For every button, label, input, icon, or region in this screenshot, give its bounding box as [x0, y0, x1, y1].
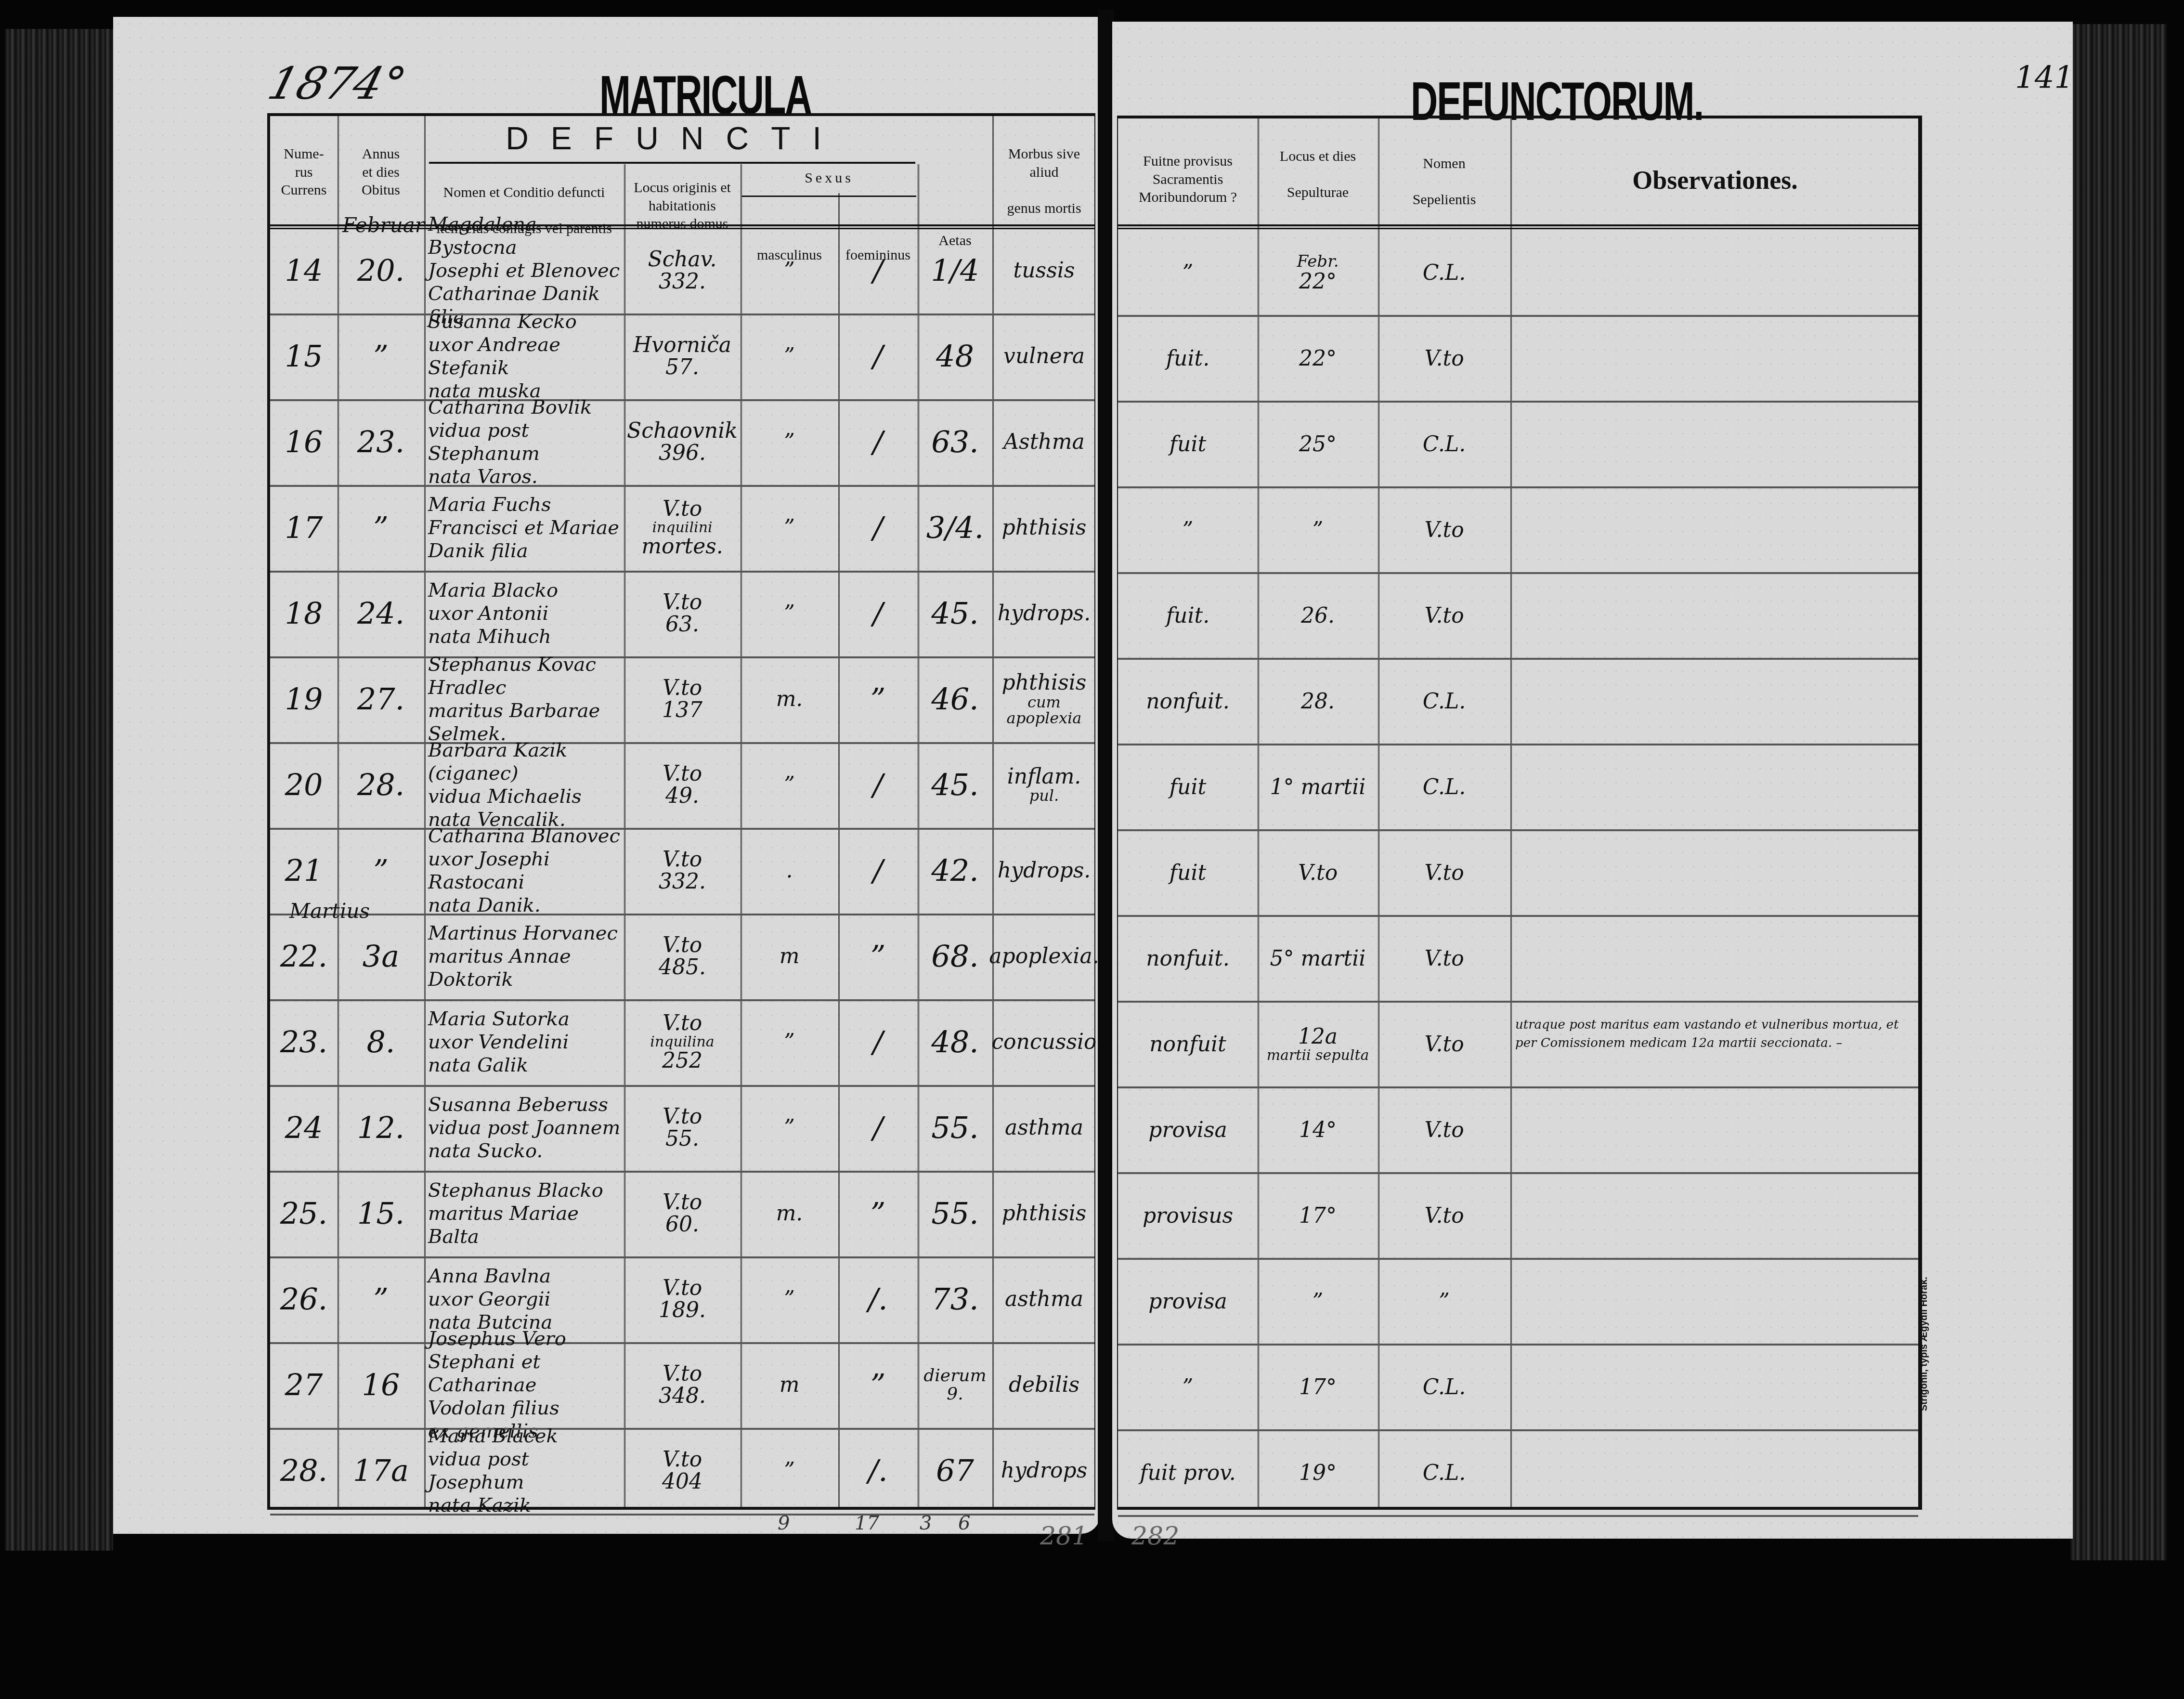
entry-number: 24	[270, 1085, 338, 1171]
table-row: provisus17°V.to	[1118, 1173, 1918, 1259]
locus-line: V.to	[663, 591, 702, 614]
month-marker: Februar	[342, 213, 425, 237]
age: 3/4.	[918, 485, 992, 571]
burial-date: Febr.22°	[1258, 230, 1378, 316]
table-row: 1420.Magdalena BystocnaJosephi et Blenov…	[270, 228, 1094, 314]
table-row: 15”Susanna Keckouxor Andreae Stefaniknat…	[270, 314, 1094, 399]
burial-date: 5° martii	[1258, 916, 1378, 1002]
deceased-name: Susanna Keckouxor Andreae Stefaniknata m…	[424, 314, 624, 399]
death-day: 3a	[338, 914, 424, 999]
cause-of-death: phthisiscum apoplexia	[992, 656, 1096, 742]
origin-house: V.to60.	[624, 1171, 741, 1256]
sex-female: /	[838, 999, 918, 1085]
death-day: ”	[338, 1256, 424, 1342]
sacraments-provided: ”	[1118, 487, 1258, 573]
name-line: vidua post Joannem	[428, 1116, 624, 1139]
age: 46.	[918, 656, 992, 742]
cause-of-death: tussis	[992, 228, 1096, 314]
header-sepeliens: Nomen Sepelientis	[1378, 155, 1510, 209]
cause-of-death: Asthma	[992, 399, 1096, 485]
sex-female: /.	[838, 1428, 918, 1514]
burial-date: 12amartii sepulta	[1258, 1002, 1378, 1087]
burial-date: 28.	[1258, 659, 1378, 745]
table-row: provisa””	[1118, 1259, 1918, 1345]
cause-of-death: debilis	[992, 1342, 1096, 1428]
name-line: nata Sucko.	[428, 1139, 624, 1163]
sex-female: /	[838, 228, 918, 314]
death-day: 20.	[338, 228, 424, 314]
locus-line: 137	[662, 699, 702, 721]
locus-line: V.to	[663, 763, 702, 785]
burier-name: V.to	[1378, 1173, 1510, 1259]
burial-date: 14°	[1258, 1087, 1378, 1173]
entry-number: 16	[270, 399, 338, 485]
name-line: Magdalena Bystocna	[428, 213, 624, 259]
name-line: vidua Michaelis	[428, 785, 624, 808]
tally-masculinus: 9	[778, 1512, 790, 1534]
origin-house: V.to189.	[624, 1256, 741, 1342]
locus-line: 63.	[665, 614, 699, 636]
printer-imprint: Strigonii, typis Ægydii Horak.	[1919, 1277, 1930, 1411]
sacraments-provided: ”	[1118, 230, 1258, 316]
entry-number: 23.	[270, 999, 338, 1085]
table-row: 1824.Maria Blackouxor Antoniinata Mihuch…	[270, 571, 1094, 656]
name-line: Stephanus Blacko	[428, 1179, 624, 1202]
age: 45.	[918, 742, 992, 828]
origin-house: Hvorniča57.	[624, 314, 741, 399]
origin-house: V.to49.	[624, 742, 741, 828]
table-row: nonfuit12amartii sepultaV.toutraque post…	[1118, 1002, 1918, 1087]
cause-of-death: phthisis	[992, 1171, 1096, 1256]
sepultura-line: 5° martii	[1270, 948, 1366, 970]
sacraments-provided: fuit.	[1118, 573, 1258, 659]
sex-female: /	[838, 828, 918, 914]
locus-line: V.to	[663, 934, 702, 956]
locus-line: V.to	[663, 1363, 702, 1385]
sacraments-provided: provisa	[1118, 1259, 1258, 1345]
death-day: 12.	[338, 1085, 424, 1171]
sex-female: /	[838, 571, 918, 656]
name-line: Catharina Bovlik	[428, 396, 624, 419]
locus-line: 252	[662, 1050, 702, 1072]
entry-number: 15	[270, 314, 338, 399]
burier-name: V.to	[1378, 830, 1510, 916]
burier-name: V.to	[1378, 487, 1510, 573]
name-line: Stephanus Kovac Hradlec	[428, 653, 624, 699]
deceased-name: Stephanus Kovac Hradlecmaritus BarbaraeS…	[424, 656, 624, 742]
death-day: 28.	[338, 742, 424, 828]
row-rule	[1118, 1515, 1918, 1517]
sex-female: ”	[838, 914, 918, 999]
name-line: uxor Andreae Stefanik	[428, 333, 624, 379]
burier-name: V.to	[1378, 1087, 1510, 1173]
deceased-name: Martinus Horvanecmaritus AnnaeDoktorik	[424, 914, 624, 999]
burier-name: C.L.	[1378, 230, 1510, 316]
entry-number: 17	[270, 485, 338, 571]
table-row: 2716Josephus VeroStephani et CatharinaeV…	[270, 1342, 1094, 1428]
name-line: maritus Mariae	[428, 1202, 624, 1225]
sex-male: ”	[741, 399, 838, 485]
header-sepultura: Locus et dies Sepulturae	[1258, 147, 1378, 202]
name-line: nata Mihuch	[428, 625, 624, 648]
cause-of-death: apoplexia.	[992, 914, 1096, 999]
sacraments-provided: fuit	[1118, 402, 1258, 487]
deceased-name: Catharina Bovlikvidua post Stephanumnata…	[424, 399, 624, 485]
death-day: 24.	[338, 571, 424, 656]
name-line: Barbara Kazik (ciganec)	[428, 739, 624, 785]
name-line: uxor Antonii	[428, 602, 624, 625]
name-line: nata Galik	[428, 1054, 624, 1077]
year-annotation: 1874°	[263, 58, 412, 109]
sex-female: ”	[838, 656, 918, 742]
morbus-line: Asthma	[1003, 431, 1084, 453]
name-line: Danik filia	[428, 539, 624, 562]
origin-house: Schaovnik396.	[624, 399, 741, 485]
tally-aetas-a: 3	[920, 1512, 932, 1534]
name-line: Balta	[428, 1225, 624, 1248]
header-sexus: Sexus	[741, 169, 918, 187]
name-line: Josephus Vero	[428, 1327, 624, 1350]
sacraments-provided: fuit.	[1118, 316, 1258, 402]
morbus-line: hydrops.	[998, 860, 1091, 882]
deceased-name: Susanna Beberussvidua post Joannemnata S…	[424, 1085, 624, 1171]
cause-of-death: hydrops.	[992, 571, 1096, 656]
deceased-name: Magdalena BystocnaJosephi et BlenovecCat…	[424, 228, 624, 314]
origin-house: V.to137	[624, 656, 741, 742]
age: 1/4	[918, 228, 992, 314]
origin-house: Schav.332.	[624, 228, 741, 314]
origin-house: V.to485.	[624, 914, 741, 999]
age: 67	[918, 1428, 992, 1514]
name-line: Anna Bavlna	[428, 1265, 624, 1288]
death-day: ”	[338, 314, 424, 399]
morbus-line: pul.	[1029, 788, 1059, 804]
sepultura-line: 26.	[1301, 605, 1335, 627]
table-row: 2412.Susanna Beberussvidua post Joannemn…	[270, 1085, 1094, 1171]
table-row: fuit.26.V.to	[1118, 573, 1918, 659]
header-annus: Annus et dies Obitus	[338, 145, 424, 199]
table-row: nonfuit.28.C.L.	[1118, 659, 1918, 745]
name-line: Maria Sutorka	[428, 1007, 624, 1031]
burial-date: ”	[1258, 1259, 1378, 1345]
locus-line: V.to	[663, 1277, 702, 1299]
sex-female: /	[838, 1085, 918, 1171]
sacraments-provided: nonfuit.	[1118, 916, 1258, 1002]
defuncti-underline	[429, 162, 915, 164]
burier-name: C.L.	[1378, 402, 1510, 487]
entry-number: 26.	[270, 1256, 338, 1342]
burier-name: V.to	[1378, 316, 1510, 402]
table-row: 26.”Anna Bavlnauxor Georgiinata ButcinaV…	[270, 1256, 1094, 1342]
morbus-line: concussio	[991, 1031, 1096, 1053]
locus-line: 189.	[659, 1299, 706, 1321]
locus-line: V.to	[663, 1106, 702, 1128]
sex-male: ”	[741, 485, 838, 571]
table-row: nonfuit.5° martiiV.to	[1118, 916, 1918, 1002]
sepultura-line: Febr.	[1297, 253, 1339, 271]
age: 73.	[918, 1256, 992, 1342]
locus-line: inquilini	[652, 520, 712, 536]
tally-foemininus: 17	[855, 1512, 879, 1534]
sepultura-line: 19°	[1299, 1462, 1337, 1484]
morbus-line: cum apoplexia	[992, 694, 1096, 727]
locus-line: Schaovnik	[627, 420, 738, 442]
deceased-name: Maria Blacekvidua post Josephumnata Kazi…	[424, 1428, 624, 1514]
entry-number: 19	[270, 656, 338, 742]
table-row: 1623.Catharina Bovlikvidua post Stephanu…	[270, 399, 1094, 485]
sepultura-line: 22°	[1299, 348, 1337, 370]
burial-date: ”	[1258, 487, 1378, 573]
locus-line: 348.	[659, 1385, 706, 1407]
header-observationes: Observationes.	[1510, 164, 1920, 197]
burier-name: C.L.	[1378, 1430, 1510, 1516]
sacraments-provided: fuit prov.	[1118, 1430, 1258, 1516]
sepultura-line: 14°	[1299, 1119, 1337, 1141]
cause-of-death: phthisis	[992, 485, 1096, 571]
death-day: 23.	[338, 399, 424, 485]
morbus-line: apoplexia.	[989, 945, 1099, 967]
table-row: ”17°C.L.	[1118, 1345, 1918, 1430]
burial-date: 17°	[1258, 1173, 1378, 1259]
locus-line: V.to	[663, 1449, 702, 1471]
cause-of-death: asthma	[992, 1256, 1096, 1342]
locus-line: V.to	[663, 1012, 702, 1034]
name-line: maritus Barbarae	[428, 699, 624, 722]
table-row: ””V.to	[1118, 487, 1918, 573]
origin-house: V.to63.	[624, 571, 741, 656]
age: 45.	[918, 571, 992, 656]
sex-female: ”	[838, 1342, 918, 1428]
table-row: provisa14°V.to	[1118, 1087, 1918, 1173]
name-line: Josephi et Blenovec	[428, 259, 624, 282]
sacraments-provided: ”	[1118, 1345, 1258, 1430]
entry-number: 22.	[270, 914, 338, 999]
table-row: 23.8.Maria Sutorkauxor Vendelininata Gal…	[270, 999, 1094, 1085]
deceased-name: Maria FuchsFrancisci et MariaeDanik fili…	[424, 485, 624, 571]
sepultura-line: 17°	[1299, 1376, 1337, 1398]
age: 55.	[918, 1085, 992, 1171]
cause-of-death: inflam.pul.	[992, 742, 1096, 828]
sex-male: .	[741, 828, 838, 914]
sex-male: ”	[741, 314, 838, 399]
deceased-name: Maria Sutorkauxor Vendelininata Galik	[424, 999, 624, 1085]
death-day: 8.	[338, 999, 424, 1085]
sex-female: /	[838, 485, 918, 571]
book-edge-right	[2070, 24, 2167, 1560]
table-row: fuit.22°V.to	[1118, 316, 1918, 402]
age: 55.	[918, 1171, 992, 1256]
burier-name: V.to	[1378, 573, 1510, 659]
sepultura-line: 25°	[1299, 433, 1337, 456]
sex-male: ”	[741, 999, 838, 1085]
tally-aetas-b: 6	[958, 1512, 970, 1534]
age: 48	[918, 314, 992, 399]
name-line: Susanna Beberuss	[428, 1093, 624, 1116]
name-line: uxor Josephi Rastocani	[428, 848, 624, 894]
sex-male: ”	[741, 1256, 838, 1342]
locus-line: 485.	[659, 956, 706, 979]
name-line: Stephani et Catharinae	[428, 1350, 624, 1397]
age: 68.	[918, 914, 992, 999]
age: 63.	[918, 399, 992, 485]
section-defuncti: DEFUNCTI	[427, 120, 923, 157]
morbus-line: hydrops	[1001, 1460, 1088, 1482]
sex-male: ”	[741, 228, 838, 314]
locus-line: 332.	[659, 271, 706, 293]
morbus-line: asthma	[1005, 1288, 1083, 1310]
cause-of-death: asthma	[992, 1085, 1096, 1171]
entry-number: 18	[270, 571, 338, 656]
origin-house: V.to332.	[624, 828, 741, 914]
sex-female: /.	[838, 1256, 918, 1342]
entry-number: 28.	[270, 1428, 338, 1514]
death-day: 27.	[338, 656, 424, 742]
burier-name: V.to	[1378, 1002, 1510, 1087]
table-row: 1927.Stephanus Kovac Hradlecmaritus Barb…	[270, 656, 1094, 742]
table-row: ”Febr.22°C.L.	[1118, 230, 1918, 316]
folio-number: 141	[2015, 60, 2074, 96]
morbus-line: phthisis	[1002, 517, 1087, 539]
sepultura-line: 22°	[1299, 271, 1337, 293]
sacraments-provided: provisa	[1118, 1087, 1258, 1173]
morbus-line: phthisis	[1002, 1202, 1087, 1225]
sepultura-line: 17°	[1299, 1205, 1337, 1227]
deceased-name: Barbara Kazik (ciganec)vidua Michaelisna…	[424, 742, 624, 828]
cause-of-death: concussio	[992, 999, 1096, 1085]
table-row: fuit25°C.L.	[1118, 402, 1918, 487]
sex-male: m	[741, 1342, 838, 1428]
deceased-name: Catharina Blanovecuxor Josephi Rastocani…	[424, 828, 624, 914]
burial-date: 19°	[1258, 1430, 1378, 1516]
sacraments-provided: nonfuit	[1118, 1002, 1258, 1087]
cause-of-death: hydrops.	[992, 828, 1096, 914]
burial-date: V.to	[1258, 830, 1378, 916]
observation-note: utraque post maritus eam vastando et vul…	[1515, 1016, 1920, 1052]
origin-house: V.to348.	[624, 1342, 741, 1428]
sepultura-line: ”	[1313, 1291, 1324, 1313]
burier-name: C.L.	[1378, 1345, 1510, 1430]
table-row: fuit1° martiiC.L.	[1118, 745, 1918, 830]
locus-line: 49.	[665, 785, 699, 807]
sex-female: ”	[838, 1171, 918, 1256]
name-line: uxor Georgii	[428, 1288, 624, 1311]
locus-line: 57.	[665, 356, 699, 379]
locus-line: 396.	[659, 442, 706, 464]
sepultura-line: 1° martii	[1270, 776, 1366, 798]
death-day: 16	[338, 1342, 424, 1428]
locus-line: mortes.	[641, 536, 723, 558]
register-table-left: DEFUNCTI Nume- rus Currens Annus et dies…	[267, 113, 1095, 1510]
morbus-line: hydrops.	[998, 602, 1091, 625]
page-number-left: 281	[1040, 1522, 1088, 1551]
morbus-line: vulnera	[1003, 345, 1085, 367]
name-line: Maria Blacek	[428, 1425, 624, 1448]
sex-male: m.	[741, 656, 838, 742]
name-line: vidua post Josephum	[428, 1448, 624, 1494]
sepultura-line: martii sepulta	[1267, 1048, 1369, 1063]
row-rule	[270, 1514, 1094, 1516]
locus-line: V.to	[663, 1191, 702, 1214]
entry-number: 14	[270, 228, 338, 314]
name-line: Martinus Horvanec	[428, 922, 624, 945]
locus-line: Schav.	[648, 248, 717, 271]
cause-of-death: hydrops	[992, 1428, 1096, 1514]
table-row: 2028.Barbara Kazik (ciganec)vidua Michae…	[270, 742, 1094, 828]
month-marker: Martius	[289, 899, 370, 923]
burier-name: ”	[1378, 1259, 1510, 1345]
sex-male: m.	[741, 1171, 838, 1256]
table-row: 25.15.Stephanus Blackomaritus MariaeBalt…	[270, 1171, 1094, 1256]
morbus-line: inflam.	[1007, 766, 1081, 788]
deceased-name: Stephanus Blackomaritus MariaeBalta	[424, 1171, 624, 1256]
sepultura-line: 28.	[1301, 691, 1335, 713]
locus-line: V.to	[663, 498, 702, 520]
sex-male: ”	[741, 1428, 838, 1514]
morbus-line: phthisis	[1002, 672, 1087, 694]
burier-name: C.L.	[1378, 659, 1510, 745]
death-day: ”	[338, 485, 424, 571]
sex-female: /	[838, 742, 918, 828]
age: 42.	[918, 828, 992, 914]
name-line: Susanna Kecko	[428, 310, 624, 333]
name-line: Francisci et Mariae	[428, 516, 624, 539]
sex-male: ”	[741, 742, 838, 828]
deceased-name: Josephus VeroStephani et CatharinaeVodol…	[424, 1342, 624, 1428]
header-provisus: Fuitne provisus Sacramentis Moribundorum…	[1118, 152, 1258, 207]
origin-house: V.to55.	[624, 1085, 741, 1171]
sacraments-provided: fuit	[1118, 830, 1258, 916]
table-row: fuit prov.19°C.L.	[1118, 1430, 1918, 1516]
burial-date: 22°	[1258, 316, 1378, 402]
entry-number: 27	[270, 1342, 338, 1428]
sex-female: /	[838, 399, 918, 485]
header-numerus: Nume- rus Currens	[270, 145, 338, 199]
table-row: fuitV.toV.to	[1118, 830, 1918, 916]
locus-line: inquilina	[650, 1034, 714, 1050]
death-day: 15.	[338, 1171, 424, 1256]
name-line: maritus Annae	[428, 945, 624, 968]
sepultura-line: ”	[1313, 519, 1324, 541]
entry-number: 20	[270, 742, 338, 828]
table-row: 21”Catharina Blanovecuxor Josephi Rastoc…	[270, 828, 1094, 914]
age: 48.	[918, 999, 992, 1085]
sexus-underline	[742, 196, 916, 197]
header-morbus: Morbus sive aliud genus mortis	[992, 145, 1096, 217]
sacraments-provided: nonfuit.	[1118, 659, 1258, 745]
burier-name: C.L.	[1378, 745, 1510, 830]
morbus-line: asthma	[1005, 1117, 1083, 1139]
sex-female: /	[838, 314, 918, 399]
register-table-right: Fuitne provisus Sacramentis Moribundorum…	[1117, 116, 1922, 1510]
burial-date: 17°	[1258, 1345, 1378, 1430]
table-row: 17”Maria FuchsFrancisci et MariaeDanik f…	[270, 485, 1094, 571]
book-gutter	[1098, 10, 1114, 1541]
locus-line: 332.	[659, 871, 706, 893]
morbus-line: tussis	[1014, 260, 1075, 282]
locus-line: 60.	[665, 1214, 699, 1236]
name-line: Vodolan filius	[428, 1397, 624, 1420]
header-rule	[1118, 224, 1918, 229]
book-edge-left	[5, 29, 113, 1551]
sex-male: ”	[741, 571, 838, 656]
cause-of-death: vulnera	[992, 314, 1096, 399]
name-line: Doktorik	[428, 968, 624, 991]
name-line: Maria Blacko	[428, 579, 624, 602]
sacraments-provided: fuit	[1118, 745, 1258, 830]
burial-date: 1° martii	[1258, 745, 1378, 830]
sepultura-line: 12a	[1298, 1026, 1338, 1048]
burier-name: V.to	[1378, 916, 1510, 1002]
